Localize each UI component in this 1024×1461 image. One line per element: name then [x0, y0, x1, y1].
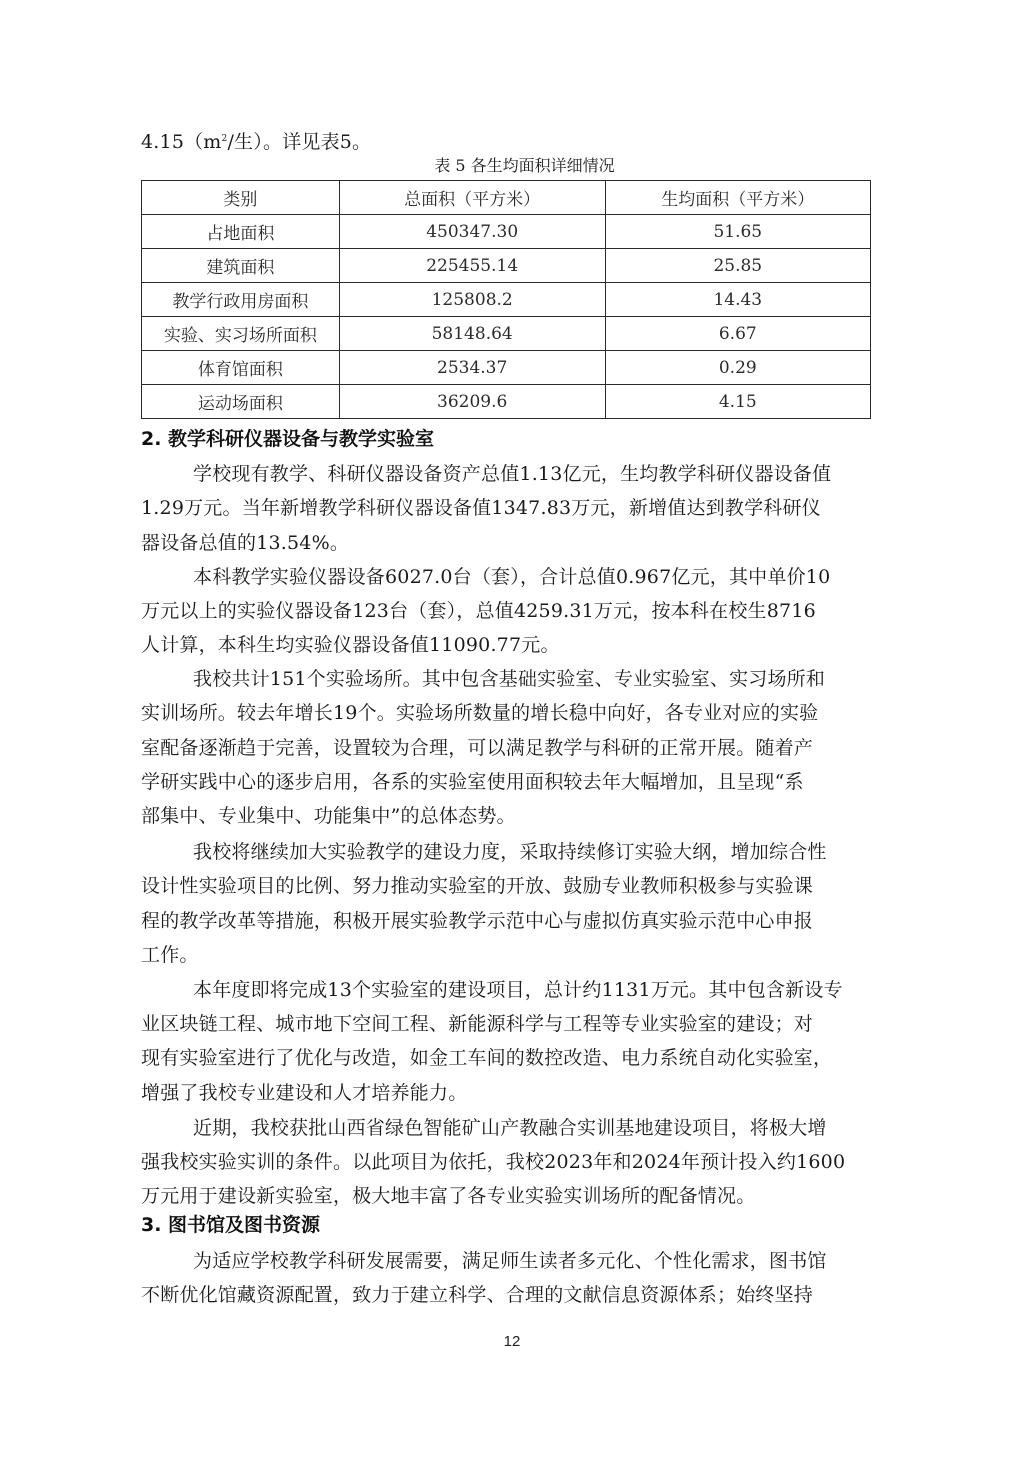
table-cell: 6.67: [605, 317, 870, 351]
paragraph-line: 万元用于建设新实验室，极大地丰富了各专业实验实训场所的配备情况。: [141, 1185, 871, 1207]
table-cell: 14.43: [605, 283, 870, 317]
paragraph-line: 近期，我校获批山西省绿色智能矿山产教融合实训基地建设项目，将极大增: [193, 1117, 871, 1139]
table-cell: 51.65: [605, 215, 870, 249]
paragraph-line: 实训场所。较去年增长19个。实验场所数量的增长稳中向好，各专业对应的实验: [141, 702, 871, 724]
paragraph-line: 不断优化馆藏资源配置，致力于建立科学、合理的文献信息资源体系；始终坚持: [141, 1284, 871, 1306]
page-number: 12: [0, 1333, 1024, 1350]
table-row: 建筑面积 225455.14 25.85: [142, 249, 871, 283]
table-header: 类别: [142, 181, 340, 215]
document-page: 4.15（m2/生）。详见表5。 表 5 各生均面积详细情况 类别 总面积（平方…: [0, 0, 1024, 1461]
table-row: 运动场面积 36209.6 4.15: [142, 385, 871, 419]
paragraph-line: 现有实验室进行了优化与改造，如金工车间的数控改造、电力系统自动化实验室，: [141, 1047, 871, 1069]
table-caption: 表 5 各生均面积详细情况: [0, 156, 1024, 176]
table-cell: 2534.37: [339, 351, 605, 385]
table-cell: 教学行政用房面积: [142, 283, 340, 317]
table-cell: 0.29: [605, 351, 870, 385]
paragraph-line: 人计算，本科生均实验仪器设备值11090.77元。: [141, 634, 871, 656]
table-cell: 体育馆面积: [142, 351, 340, 385]
paragraph-line: 设计性实验项目的比例、努力推动实验室的开放、鼓励专业教师积极参与实验课: [141, 875, 871, 897]
paragraph-line: 强我校实验实训的条件。以此项目为依托，我校2023年和2024年预计投入约160…: [141, 1151, 871, 1173]
paragraph-line: 1.29万元。当年新增教学科研仪器设备值1347.83万元，新增值达到教学科研仪: [141, 497, 871, 519]
paragraph-line: 程的教学改革等措施，积极开展实验教学示范中心与虚拟仿真实验示范中心申报: [141, 910, 871, 932]
paragraph-line: 部集中、专业集中、功能集中”的总体态势。: [141, 805, 871, 827]
paragraph-line: 万元以上的实验仪器设备123台（套），总值4259.31万元，按本科在校生871…: [141, 600, 871, 622]
table-cell: 225455.14: [339, 249, 605, 283]
section-heading: 3. 图书馆及图书资源: [141, 1214, 320, 1236]
paragraph-line: 我校将继续加大实验教学的建设力度，采取持续修订实验大纲，增加综合性: [193, 841, 871, 863]
paragraph-line: 增强了我校专业建设和人才培养能力。: [141, 1082, 871, 1104]
paragraph-line: 我校共计151个实验场所。其中包含基础实验室、专业实验室、实习场所和: [193, 668, 871, 690]
table-header: 总面积（平方米）: [339, 181, 605, 215]
area-table: 类别 总面积（平方米） 生均面积（平方米） 占地面积 450347.30 51.…: [141, 180, 871, 419]
paragraph-line: 器设备总值的13.54%。: [141, 532, 871, 554]
intro-text-suffix: /生）。详见表5。: [227, 131, 371, 153]
paragraph-line: 工作。: [141, 944, 871, 966]
intro-line: 4.15（m2/生）。详见表5。: [141, 128, 871, 153]
table-cell: 125808.2: [339, 283, 605, 317]
table-cell: 36209.6: [339, 385, 605, 419]
paragraph-line: 学研实践中心的逐步启用，各系的实验室使用面积较去年大幅增加，且呈现“系: [141, 771, 871, 793]
table-cell: 4.15: [605, 385, 870, 419]
table-cell: 运动场面积: [142, 385, 340, 419]
paragraph-line: 本年度即将完成13个实验室的建设项目，总计约1131万元。其中包含新设专: [193, 979, 871, 1001]
paragraph-line: 学校现有教学、科研仪器设备资产总值1.13亿元，生均教学科研仪器设备值: [193, 463, 871, 485]
paragraph-line: 为适应学校教学科研发展需要，满足师生读者多元化、个性化需求，图书馆: [193, 1250, 871, 1272]
table-cell: 占地面积: [142, 215, 340, 249]
paragraph-line: 本科教学实验仪器设备6027.0台（套），合计总值0.967亿元，其中单价10: [193, 566, 871, 588]
table-cell: 建筑面积: [142, 249, 340, 283]
table-cell: 25.85: [605, 249, 870, 283]
table-row: 教学行政用房面积 125808.2 14.43: [142, 283, 871, 317]
table-row: 体育馆面积 2534.37 0.29: [142, 351, 871, 385]
table-header: 生均面积（平方米）: [605, 181, 870, 215]
table-cell: 58148.64: [339, 317, 605, 351]
table-cell: 450347.30: [339, 215, 605, 249]
section-heading: 2. 教学科研仪器设备与教学实验室: [141, 428, 434, 450]
paragraph-line: 室配备逐渐趋于完善，设置较为合理，可以满足教学与科研的正常开展。随着产: [141, 737, 871, 759]
intro-text: 4.15（m: [141, 131, 222, 153]
paragraph-line: 业区块链工程、城市地下空间工程、新能源科学与工程等专业实验室的建设；对: [141, 1013, 871, 1035]
table-header-row: 类别 总面积（平方米） 生均面积（平方米）: [142, 181, 871, 215]
table-cell: 实验、实习场所面积: [142, 317, 340, 351]
table-row: 占地面积 450347.30 51.65: [142, 215, 871, 249]
table-row: 实验、实习场所面积 58148.64 6.67: [142, 317, 871, 351]
